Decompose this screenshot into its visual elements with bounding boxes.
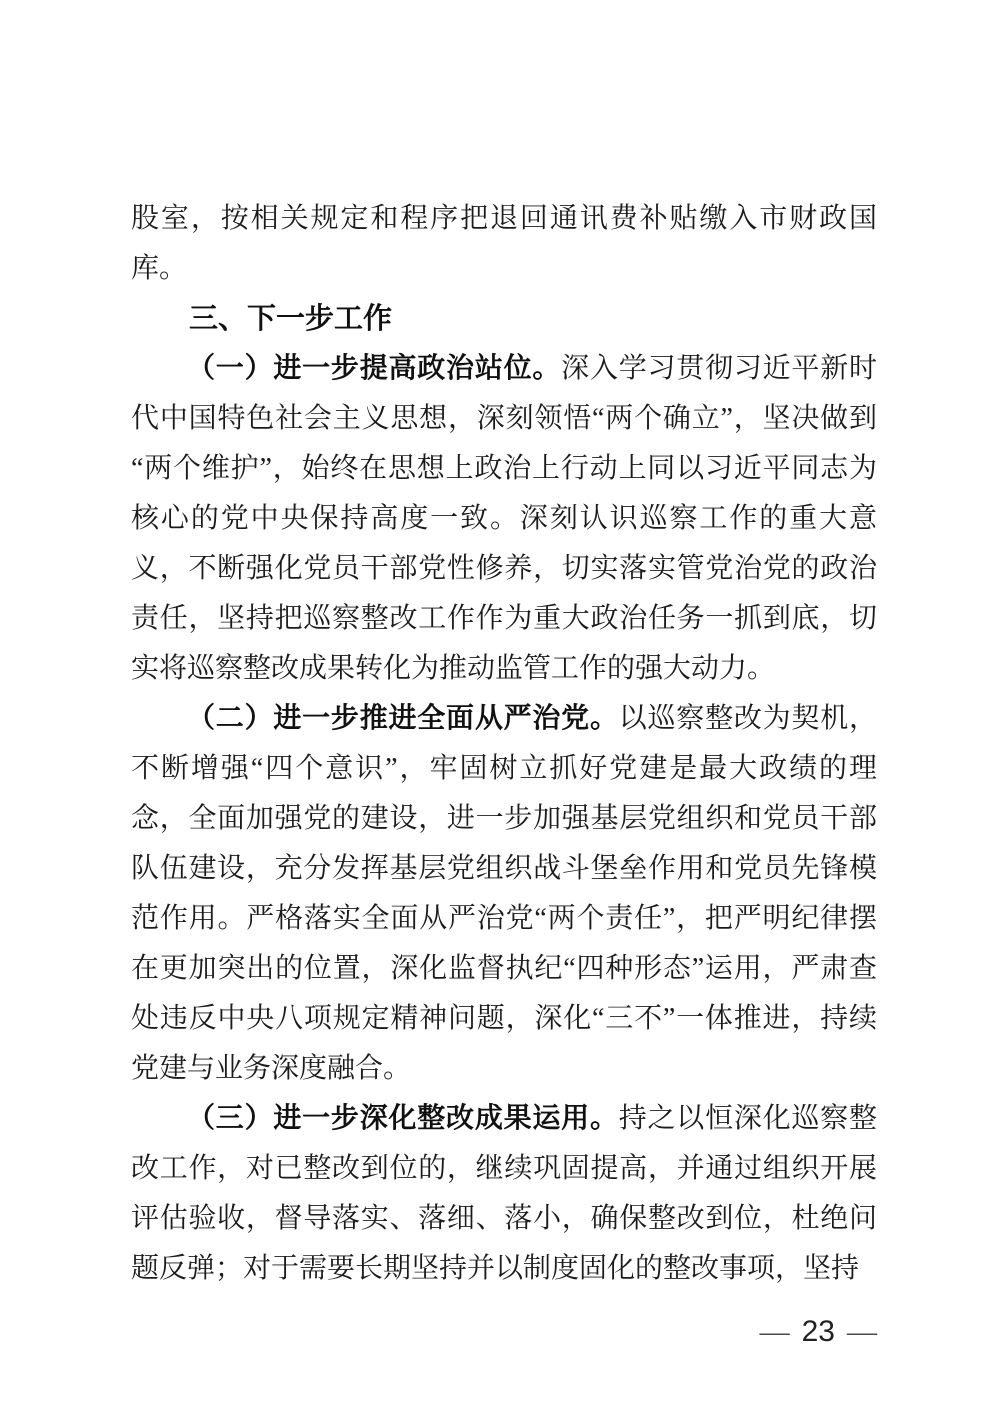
- paragraph-2: （二）进一步推进全面从严治党。以巡察整改为契机，不断增强“四个意识”，牢固树立抓…: [131, 694, 877, 1094]
- paragraph-1: （一）进一步提高政治站位。深入学习贯彻习近平新时代中国特色社会主义思想，深刻领悟…: [131, 344, 877, 694]
- paragraph-2-text: 以巡察整改为契机，不断增强“四个意识”，牢固树立抓好党建是最大政绩的理念，全面加…: [131, 703, 877, 1084]
- section-heading: 三、下一步工作: [131, 294, 877, 344]
- paragraph-1-text: 深入学习贯彻习近平新时代中国特色社会主义思想，深刻领悟“两个确立”，坚决做到“两…: [131, 353, 877, 684]
- paragraph-3: （三）进一步深化整改成果运用。持之以恒深化巡察整改工作，对已整改到位的，继续巩固…: [131, 1094, 877, 1294]
- page-number-dash-left: —: [760, 1310, 790, 1354]
- page-number: 23: [802, 1310, 835, 1354]
- document-page: 股室，按相关规定和程序把退回通讯费补贴缴入市财政国库。 三、下一步工作 （一）进…: [0, 0, 1000, 1414]
- document-body: 股室，按相关规定和程序把退回通讯费补贴缴入市财政国库。 三、下一步工作 （一）进…: [131, 194, 877, 1294]
- page-footer: — 23 —: [760, 1310, 877, 1354]
- paragraph-continuation-line: 股室，按相关规定和程序把退回通讯费补贴缴入市财政国库。: [131, 194, 877, 294]
- page-number-dash-right: —: [847, 1310, 877, 1354]
- paragraph-1-lead: （一）进一步提高政治站位。: [187, 353, 561, 384]
- paragraph-3-lead: （三）进一步深化整改成果运用。: [187, 1103, 619, 1134]
- paragraph-2-lead: （二）进一步推进全面从严治党。: [187, 703, 619, 734]
